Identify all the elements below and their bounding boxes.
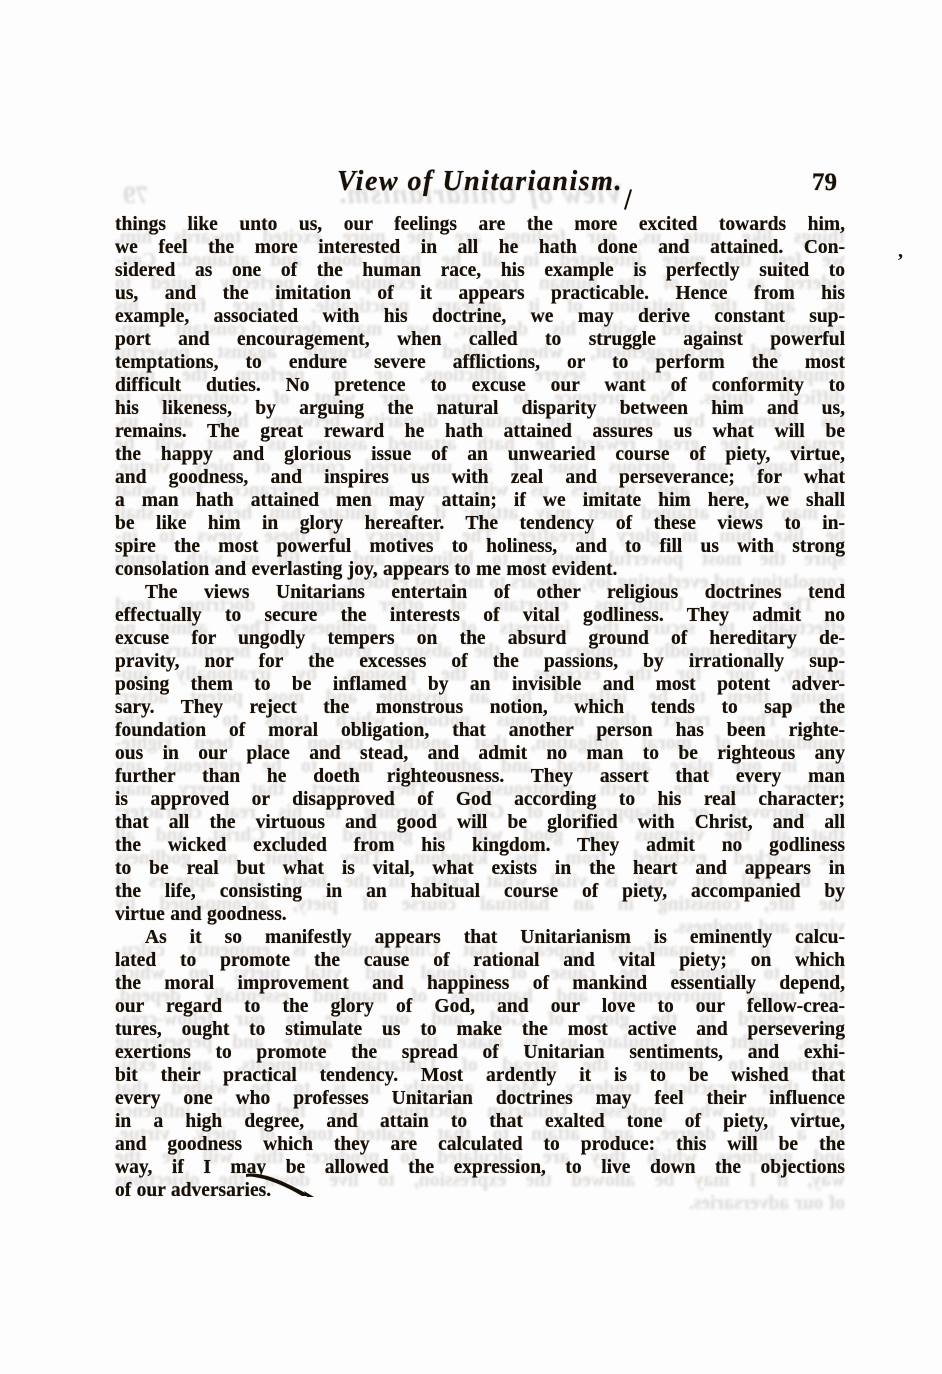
text-line: we feel the more interested in all he ha… bbox=[115, 236, 845, 259]
page-number: 79 bbox=[812, 169, 837, 197]
text-line: us, and the imitation of it appears prac… bbox=[115, 282, 845, 305]
stray-ink-comma: , bbox=[898, 240, 903, 263]
text-line: posing them to be inflamed by an invisib… bbox=[115, 673, 845, 696]
page-header: View of Unitarianism. 79 bbox=[115, 166, 845, 202]
text-line: example, associated with his doctrine, w… bbox=[115, 305, 845, 328]
text-line: our regard to the glory of God, and our … bbox=[115, 995, 845, 1018]
text-line: spire the most powerful motives to holin… bbox=[115, 535, 845, 558]
text-line: virtue and goodness. bbox=[115, 903, 845, 926]
text-line: sidered as one of the human race, his ex… bbox=[115, 259, 845, 282]
text-line: pravity, nor for the excesses of the pas… bbox=[115, 650, 845, 673]
paragraph: The views Unitarians entertain of other … bbox=[115, 581, 845, 926]
text-line: every one who professes Unitarian doctri… bbox=[115, 1087, 845, 1110]
text-line: way, if I may be allowed the expression,… bbox=[115, 1156, 845, 1179]
ink-flourish-icon bbox=[244, 1171, 322, 1199]
text-line: his likeness, by arguing the natural dis… bbox=[115, 397, 845, 420]
text-line: be like him in glory hereafter. The tend… bbox=[115, 512, 845, 535]
paragraph: As it so manifestly appears that Unitari… bbox=[115, 926, 845, 1202]
text-line: bit their practical tendency. Most arden… bbox=[115, 1064, 845, 1087]
text-block: things like unto us, our feelings are th… bbox=[115, 213, 845, 1202]
text-line: tures, ought to stimulate us to make the… bbox=[115, 1018, 845, 1041]
text-line: the moral improvement and happiness of m… bbox=[115, 972, 845, 995]
text-line: a man hath attained men may attain; if w… bbox=[115, 489, 845, 512]
scanned-book-page: View of Unitarianism. 79 things like unt… bbox=[0, 0, 942, 1374]
text-line: ous in our place and stead, and admit no… bbox=[115, 742, 845, 765]
text-line: foundation of moral obligation, that ano… bbox=[115, 719, 845, 742]
text-line: sary. They reject the monstrous notion, … bbox=[115, 696, 845, 719]
text-line: temptations, to endure severe affliction… bbox=[115, 351, 845, 374]
text-line: to be real but what is vital, what exist… bbox=[115, 857, 845, 880]
text-line: of our adversaries. bbox=[115, 1179, 845, 1202]
text-line: the wicked excluded from his kingdom. Th… bbox=[115, 834, 845, 857]
text-line: The views Unitarians entertain of other … bbox=[115, 581, 845, 604]
text-line: consolation and everlasting joy, appears… bbox=[115, 558, 845, 581]
text-line: As it so manifestly appears that Unitari… bbox=[115, 926, 845, 949]
text-line: port and encouragement, when called to s… bbox=[115, 328, 845, 351]
text-line: exertions to promote the spread of Unita… bbox=[115, 1041, 845, 1064]
paragraph: things like unto us, our feelings are th… bbox=[115, 213, 845, 581]
running-title: View of Unitarianism. bbox=[115, 166, 845, 198]
text-line: further than he doeth righteousness. The… bbox=[115, 765, 845, 788]
text-line: the life, consisting in an habitual cour… bbox=[115, 880, 845, 903]
text-line: in a high degree, and attain to that exa… bbox=[115, 1110, 845, 1133]
content: View of Unitarianism. 79 things like unt… bbox=[115, 166, 845, 1202]
text-line: and goodness which they are calculated t… bbox=[115, 1133, 845, 1156]
text-line: the happy and glorious issue of an unwea… bbox=[115, 443, 845, 466]
text-line: difficult duties. No pretence to excuse … bbox=[115, 374, 845, 397]
text-line: things like unto us, our feelings are th… bbox=[115, 213, 845, 236]
text-line: and goodness, and inspires us with zeal … bbox=[115, 466, 845, 489]
text-line: is approved or disapproved of God accord… bbox=[115, 788, 845, 811]
text-line: remains. The great reward he hath attain… bbox=[115, 420, 845, 443]
text-line: that all the virtuous and good will be g… bbox=[115, 811, 845, 834]
text-line: excuse for ungodly tempers on the absurd… bbox=[115, 627, 845, 650]
text-line: effectually to secure the interests of v… bbox=[115, 604, 845, 627]
text-line: lated to promote the cause of rational a… bbox=[115, 949, 845, 972]
